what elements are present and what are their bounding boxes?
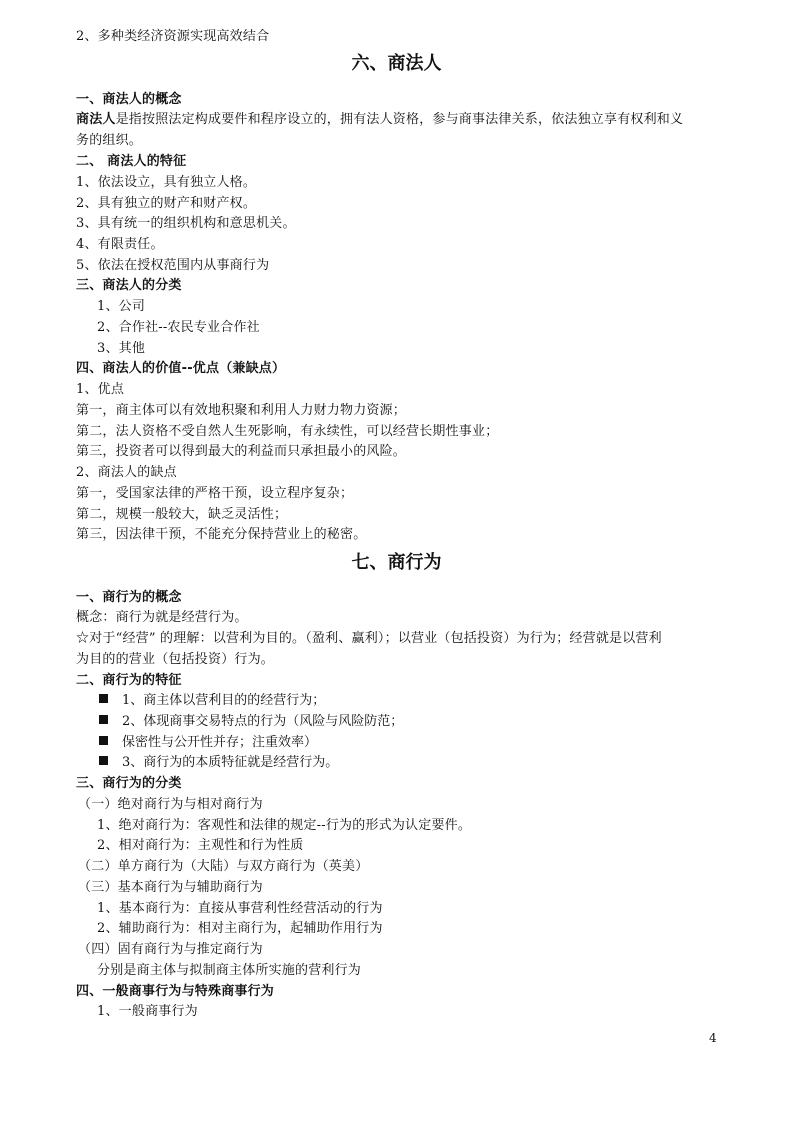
heading: 一、商行为的概念 <box>76 588 182 608</box>
subheading: 1、优点 <box>76 380 124 400</box>
list-item: （三）基本商行为与辅助商行为 <box>78 878 263 898</box>
list-item: 第三，投资者可以得到最大的利益而只承担最小的风险。 <box>76 442 406 462</box>
heading: 一、商法人的概念 <box>76 90 182 110</box>
list-item: 1、依法设立，具有独立人格。 <box>76 173 256 193</box>
list-item: 1、一般商事行为 <box>97 1002 198 1022</box>
list-item: 2、辅助商行为：相对主商行为，起辅助作用行为 <box>97 919 383 939</box>
definition-paragraph: 商法人是指按照法定构成要件和程序设立的，拥有法人资格，参与商事法律关系，依法独立… <box>76 110 683 130</box>
bullet-item: 2、体现商事交易特点的行为（风险与风险防范； <box>99 712 403 732</box>
list-item: 1、公司 <box>97 297 145 317</box>
subheading: 2、商法人的缺点 <box>76 463 177 483</box>
list-item: 5、依法在授权范围内从事商行为 <box>76 256 269 276</box>
paragraph: 务的组织。 <box>76 131 142 151</box>
list-item: 分别是商主体与拟制商主体所实施的营利行为 <box>97 961 361 981</box>
list-item: 4、有限责任。 <box>76 235 164 255</box>
bullet-item: 1、商主体以营利目的的经营行为； <box>99 691 325 711</box>
bullet-item: 保密性与公开性并存；注重效率） <box>99 733 317 753</box>
document-page: 2、多种类经济资源实现高效结合 六、商法人 一、商法人的概念 商法人是指按照法定… <box>0 0 793 1122</box>
square-bullet-icon <box>99 736 108 745</box>
list-item: 第二，规模一般较大，缺乏灵活性； <box>76 505 287 525</box>
list-item: 3、具有统一的组织机构和意思机关。 <box>76 214 296 234</box>
paragraph: 为目的的营业（包括投资）行为。 <box>76 650 274 670</box>
square-bullet-icon <box>99 756 108 765</box>
list-item: 2、具有独立的财产和财产权。 <box>76 194 256 214</box>
heading: 二、商行为的特征 <box>76 671 182 691</box>
list-item: 1、基本商行为：直接从事营利性经营活动的行为 <box>97 899 383 919</box>
definition-text: 是指按照法定构成要件和程序设立的，拥有法人资格，参与商事法律关系，依法独立享有权… <box>116 112 684 127</box>
square-bullet-icon <box>99 715 108 724</box>
list-item: 第三，因法律干预，不能充分保持营业上的秘密。 <box>76 525 366 545</box>
paragraph: 2、多种类经济资源实现高效结合 <box>76 27 269 47</box>
list-item: 第一，受国家法律的严格干预，设立程序复杂； <box>76 484 353 504</box>
heading: 四、一般商事行为与特殊商事行为 <box>76 982 274 1002</box>
list-item: 第一，商主体可以有效地积聚和利用人力财力物力资源； <box>76 401 406 421</box>
section-title: 六、商法人 <box>0 52 793 76</box>
heading: 三、商法人的分类 <box>76 276 182 296</box>
heading: 四、商法人的价值--优点（兼缺点） <box>76 359 285 379</box>
definition-term: 商法人 <box>76 112 116 127</box>
bullet-item: 3、商行为的本质特征就是经营行为。 <box>99 753 338 773</box>
paragraph: ☆对于“经营” 的理解：以营利为目的。（盈利、赢利）；以营业（包括投资）为行为；… <box>76 629 662 649</box>
page-number: 4 <box>709 1030 717 1046</box>
list-item: 2、相对商行为：主观性和行为性质 <box>97 836 303 856</box>
list-item: 第二，法人资格不受自然人生死影响，有永续性，可以经营长期性事业； <box>76 422 498 442</box>
section-title: 七、商行为 <box>0 551 793 575</box>
list-item: 2、合作社--农民专业合作社 <box>97 318 260 338</box>
list-item: （一）绝对商行为与相对商行为 <box>78 795 263 815</box>
list-item: （二）单方商行为（大陆）与双方商行为（英美） <box>78 857 368 877</box>
heading: 三、商行为的分类 <box>76 774 182 794</box>
list-item: 3、其他 <box>97 339 145 359</box>
list-item: （四）固有商行为与推定商行为 <box>78 940 263 960</box>
heading: 二、 商法人的特征 <box>76 152 186 172</box>
square-bullet-icon <box>99 694 108 703</box>
list-item: 1、绝对商行为：客观性和法律的规定--行为的形式为认定要件。 <box>97 816 471 836</box>
paragraph: 概念：商行为就是经营行为。 <box>76 608 248 628</box>
